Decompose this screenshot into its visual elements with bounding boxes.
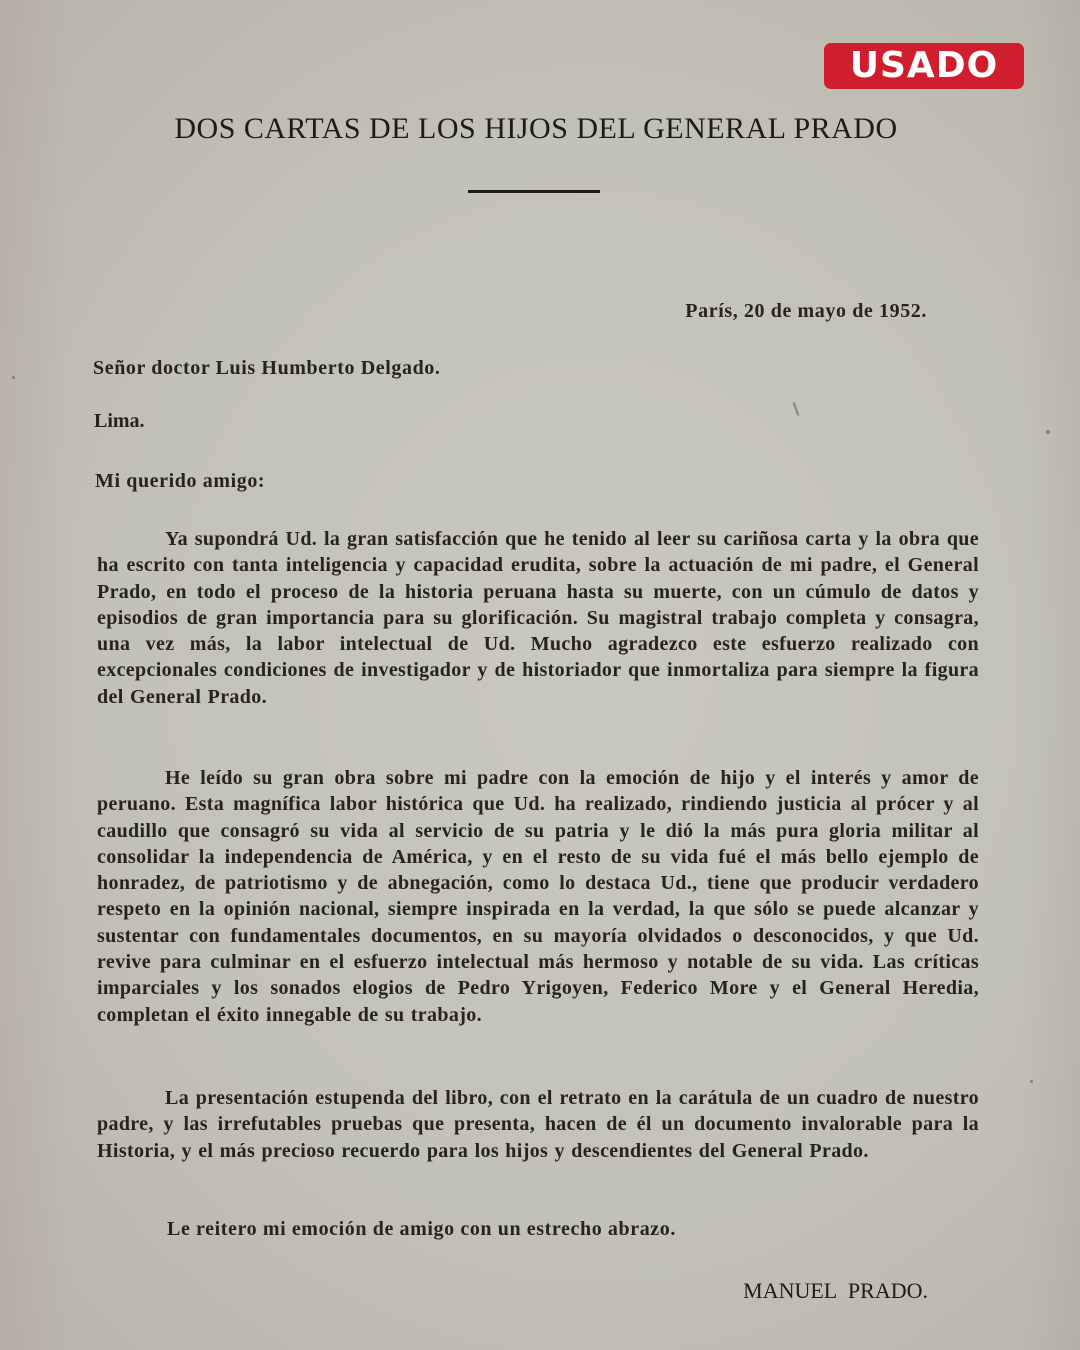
letter-date: París, 20 de mayo de 1952. [685,300,927,323]
letter-paragraph-2: He leído su gran obra sobre mi padre con… [97,765,979,1028]
letter-signature: MANUEL PRADO. [743,1278,928,1304]
letter-addressee: Señor doctor Luis Humberto Delgado. [93,357,441,380]
paper-speck [12,376,15,379]
paper-speck [1046,430,1050,434]
letter-paragraph-3: La presentación estupenda del libro, con… [97,1085,979,1164]
paper-speck [1030,1080,1033,1083]
aged-paper-page: USADO DOS CARTAS DE LOS HIJOS DEL GENERA… [0,0,1080,1350]
title-divider [468,190,600,193]
used-condition-badge: USADO [824,43,1024,89]
letter-salutation: Mi querido amigo: [95,470,265,493]
paper-speck [793,402,800,416]
letter-paragraph-1: Ya supondrá Ud. la gran satisfacción que… [97,526,979,710]
letter-closing: Le reitero mi emoción de amigo con un es… [167,1218,676,1241]
letter-city: Lima. [94,410,145,433]
document-title: DOS CARTAS DE LOS HIJOS DEL GENERAL PRAD… [0,112,1072,146]
